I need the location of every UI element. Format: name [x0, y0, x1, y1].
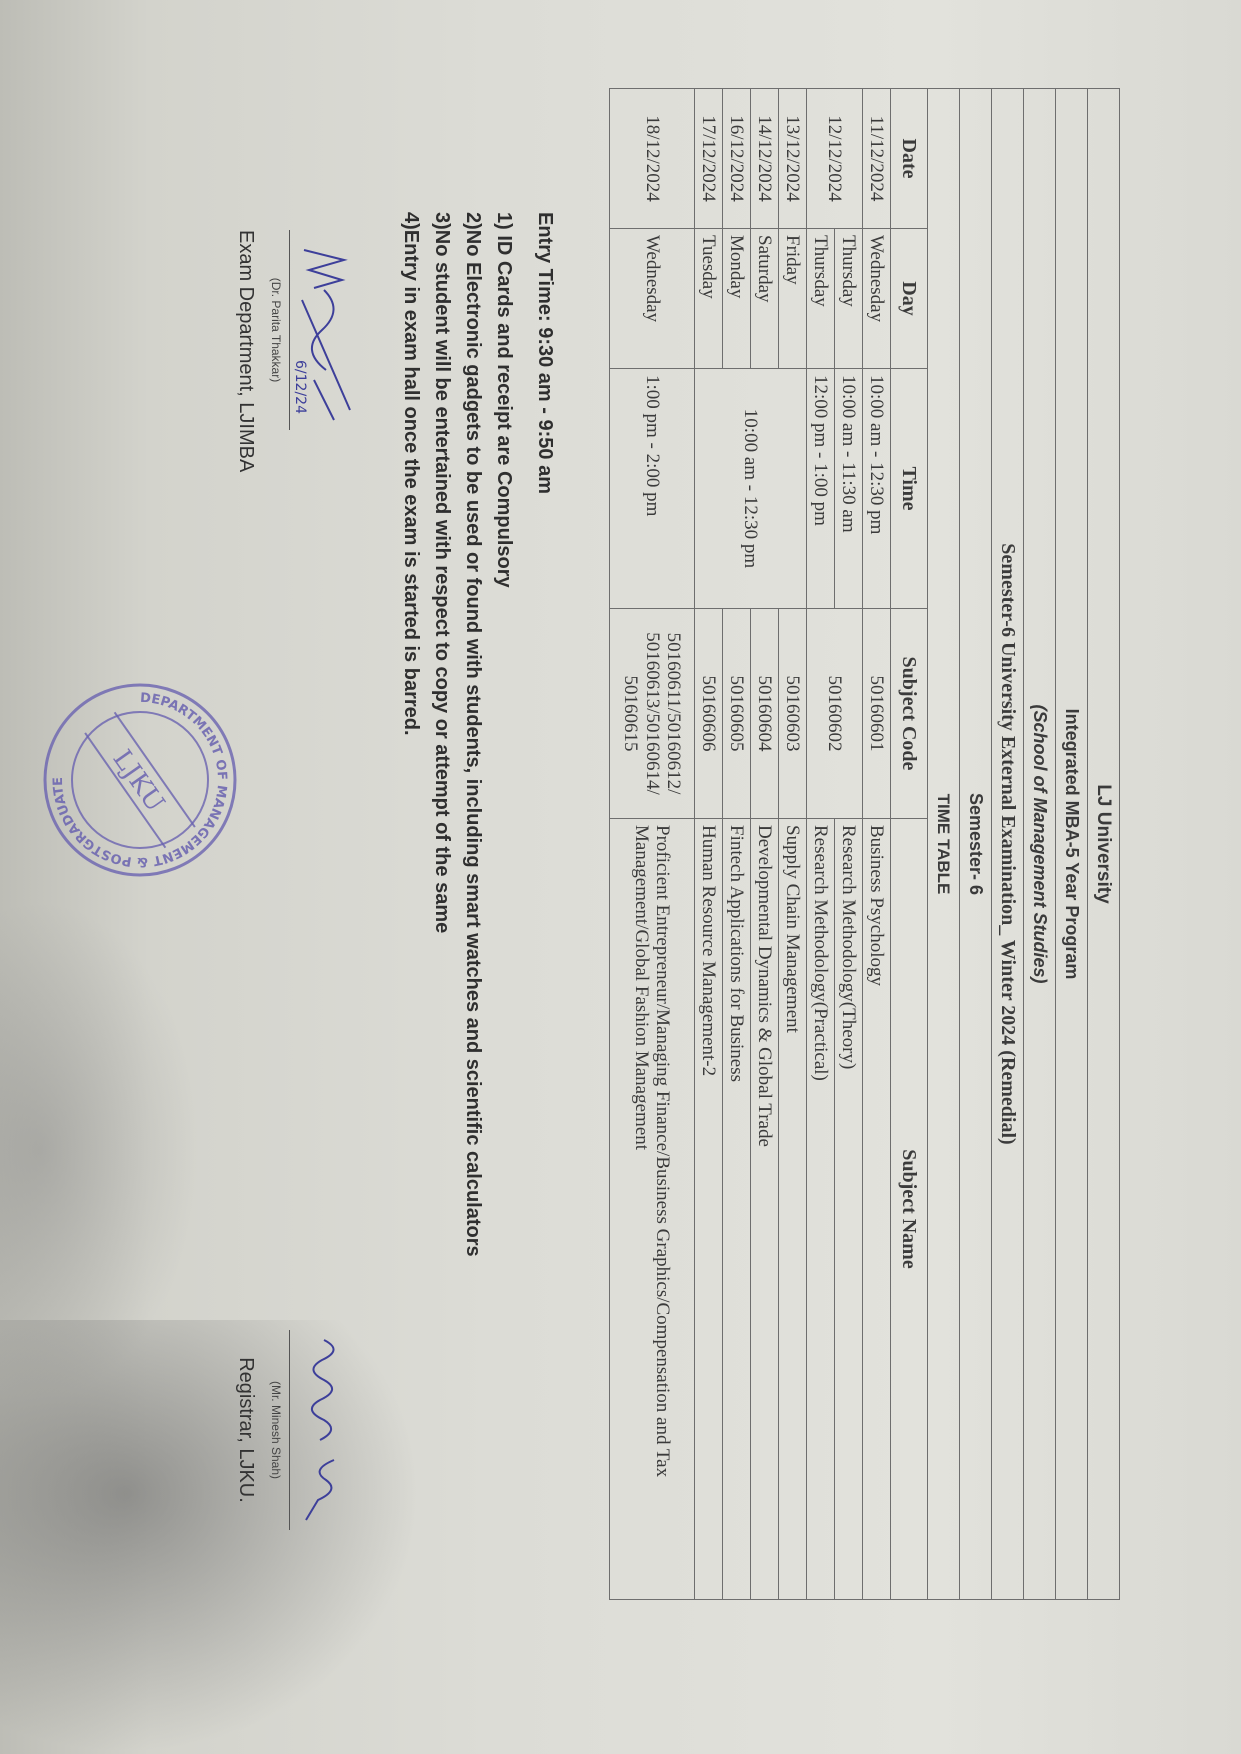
cell-time: 10:00 am - 11:30 am	[835, 369, 863, 609]
table-row: 17/12/2024 Tuesday 50160606 Human Resour…	[695, 89, 723, 1600]
cell-day: Wednesday	[863, 229, 891, 369]
cell-code: 50160601	[863, 609, 891, 819]
cell-day: Thursday	[835, 229, 863, 369]
semester-label: Semester- 6	[960, 89, 992, 1600]
cell-subject: Fintech Applications for Business	[723, 819, 751, 1600]
col-header-time: Time	[891, 369, 928, 609]
cell-time: 10:00 am - 12:30 pm	[863, 369, 891, 609]
school-name: (School of Management Studies)	[1024, 89, 1056, 1600]
exam-instructions: Entry Time: 9:30 am - 9:50 am 1) ID Card…	[395, 212, 560, 1512]
cell-subject: Supply Chain Management	[779, 819, 807, 1600]
department-stamp-icon: DEPARTMENT OF MANAGEMENT & POSTGRADUATE …	[40, 680, 240, 880]
cell-date: 18/12/2024	[610, 89, 695, 229]
cell-subject: Research Methodology(Practical)	[807, 819, 835, 1600]
table-row: 16/12/2024 Monday 50160605 Fintech Appli…	[723, 89, 751, 1600]
svg-text:LJKU: LJKU	[107, 745, 171, 818]
cell-day: Saturday	[751, 229, 779, 369]
cell-day: Friday	[779, 229, 807, 369]
col-header-subject-name: Subject Name	[891, 819, 928, 1600]
cell-subject: Business Psychology	[863, 819, 891, 1600]
col-header-subject-code: Subject Code	[891, 609, 928, 819]
signatory-name: (Dr. Parita Thakkar)	[269, 230, 283, 430]
signature-block-exam-dept: 6/12/24 (Dr. Parita Thakkar) Exam Depart…	[234, 230, 290, 430]
entry-time: Entry Time: 9:30 am - 9:50 am	[529, 212, 560, 1512]
instruction-item: 2)No Electronic gadgets to be used or fo…	[457, 212, 488, 1512]
cell-subject: Developmental Dynamics & Global Trade	[751, 819, 779, 1600]
handwritten-signature-icon	[294, 1330, 354, 1530]
cell-date: 12/12/2024	[807, 89, 863, 229]
cell-day: Monday	[723, 229, 751, 369]
program-name: Integrated MBA-5 Year Program	[1056, 89, 1088, 1600]
table-row: 14/12/2024 Saturday 50160604 Development…	[751, 89, 779, 1600]
svg-text:6/12/24: 6/12/24	[294, 360, 308, 414]
signatory-name: (Mr. Minesh Shah)	[269, 1330, 283, 1530]
cell-code: 50160606	[695, 609, 723, 819]
signature-block-registrar: (Mr. Minesh Shah) Registrar, LJKU.	[234, 1330, 290, 1530]
table-row: Thursday 12:00 pm - 1:00 pm Research Met…	[807, 89, 835, 1600]
cell-date: 16/12/2024	[723, 89, 751, 229]
table-row: 13/12/2024 Friday 10:00 am - 12:30 pm 50…	[779, 89, 807, 1600]
cell-code: 50160605	[723, 609, 751, 819]
signature-line	[289, 230, 290, 430]
cell-date: 14/12/2024	[751, 89, 779, 229]
timetable-title: TIME TABLE	[928, 89, 960, 1600]
cell-subject: Research Methodology(Theory)	[835, 819, 863, 1600]
signatory-role: Registrar, LJKU.	[234, 1330, 257, 1530]
table-row: 12/12/2024 Thursday 10:00 am - 11:30 am …	[835, 89, 863, 1600]
cell-day: Tuesday	[695, 229, 723, 369]
cell-code: 50160611/50160612/ 50160613/50160614/ 50…	[610, 609, 695, 819]
cell-time: 12:00 pm - 1:00 pm	[807, 369, 835, 609]
table-row: 11/12/2024 Wednesday 10:00 am - 12:30 pm…	[863, 89, 891, 1600]
cell-time: 1:00 pm - 2:00 pm	[610, 369, 695, 609]
handwritten-signature-icon: 6/12/24	[294, 230, 354, 430]
signature-line	[289, 1330, 290, 1530]
instruction-item: 4)Entry in exam hall once the exam is st…	[395, 212, 426, 1512]
table-row: 18/12/2024 Wednesday 1:00 pm - 2:00 pm 5…	[610, 89, 695, 1600]
exam-title: Semester-6 University External Examinati…	[992, 89, 1024, 1600]
instruction-item: 1) ID Cards and receipt are Compulsory	[488, 212, 519, 1512]
cell-subject: Human Resource Management-2	[695, 819, 723, 1600]
cell-code: 50160602	[807, 609, 863, 819]
university-name: LJ University	[1088, 89, 1120, 1600]
cell-day: Wednesday	[610, 229, 695, 369]
timetable: LJ University Integrated MBA-5 Year Prog…	[609, 88, 1120, 1600]
cell-date: 13/12/2024	[779, 89, 807, 229]
cell-code: 50160604	[751, 609, 779, 819]
signatory-role: Exam Department, LJIMBA	[234, 230, 257, 430]
col-header-date: Date	[891, 89, 928, 229]
cell-date: 11/12/2024	[863, 89, 891, 229]
cell-date: 17/12/2024	[695, 89, 723, 229]
cell-subject: Proficient Entrepreneur/Managing Finance…	[610, 819, 695, 1600]
col-header-day: Day	[891, 229, 928, 369]
cell-code: 50160603	[779, 609, 807, 819]
cell-day: Thursday	[807, 229, 835, 369]
cell-time: 10:00 am - 12:30 pm	[695, 369, 807, 609]
instruction-item: 3)No student will be entertained with re…	[426, 212, 457, 1512]
timetable-sheet: LJ University Integrated MBA-5 Year Prog…	[20, 40, 1120, 1680]
